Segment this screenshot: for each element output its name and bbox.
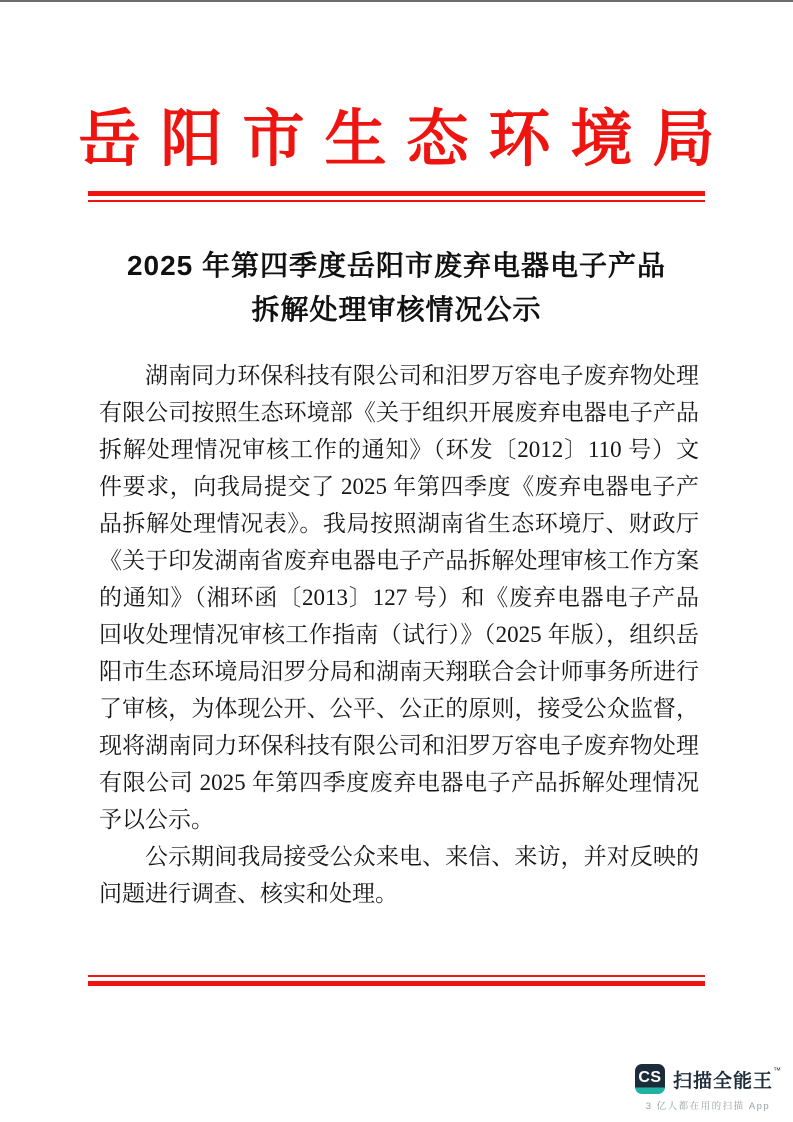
camscanner-logo-icon: CS	[635, 1064, 665, 1094]
document-title-line1: 2025 年第四季度岳阳市废弃电器电子产品	[0, 244, 793, 288]
scan-edge-artifact	[0, 0, 793, 2]
footer-double-rule	[88, 975, 705, 986]
document-title-line2: 拆解处理审核情况公示	[0, 288, 793, 332]
footer-rule-thin	[88, 975, 705, 977]
document-body: 湖南同力环保科技有限公司和汨罗万容电子废弃物处理有限公司按照生态环境部《关于组织…	[99, 357, 699, 912]
document-title: 2025 年第四季度岳阳市废弃电器电子产品 拆解处理审核情况公示	[0, 244, 793, 332]
camscanner-watermark: CS 扫描全能王 ™ 3 亿人都在用的扫描 App	[635, 1064, 781, 1112]
camscanner-logo-text: CS	[638, 1070, 661, 1086]
camscanner-tagline: 3 亿人都在用的扫描 App	[635, 1098, 781, 1112]
camscanner-app-name: 扫描全能王	[673, 1066, 773, 1093]
agency-name: 岳阳市生态环境局	[0, 100, 793, 180]
footer-rule-thick	[88, 981, 705, 986]
camscanner-logo-row: CS 扫描全能王 ™	[635, 1064, 781, 1094]
header-double-rule	[88, 191, 705, 202]
header-rule-thin	[88, 200, 705, 202]
document-page: 岳阳市生态环境局 2025 年第四季度岳阳市废弃电器电子产品 拆解处理审核情况公…	[0, 0, 793, 1122]
header-rule-thick	[88, 191, 705, 196]
trademark-symbol: ™	[773, 1066, 781, 1075]
body-paragraph-1: 湖南同力环保科技有限公司和汨罗万容电子废弃物处理有限公司按照生态环境部《关于组织…	[99, 357, 699, 838]
body-paragraph-2: 公示期间我局接受公众来电、来信、来访，并对反映的问题进行调查、核实和处理。	[99, 838, 699, 912]
